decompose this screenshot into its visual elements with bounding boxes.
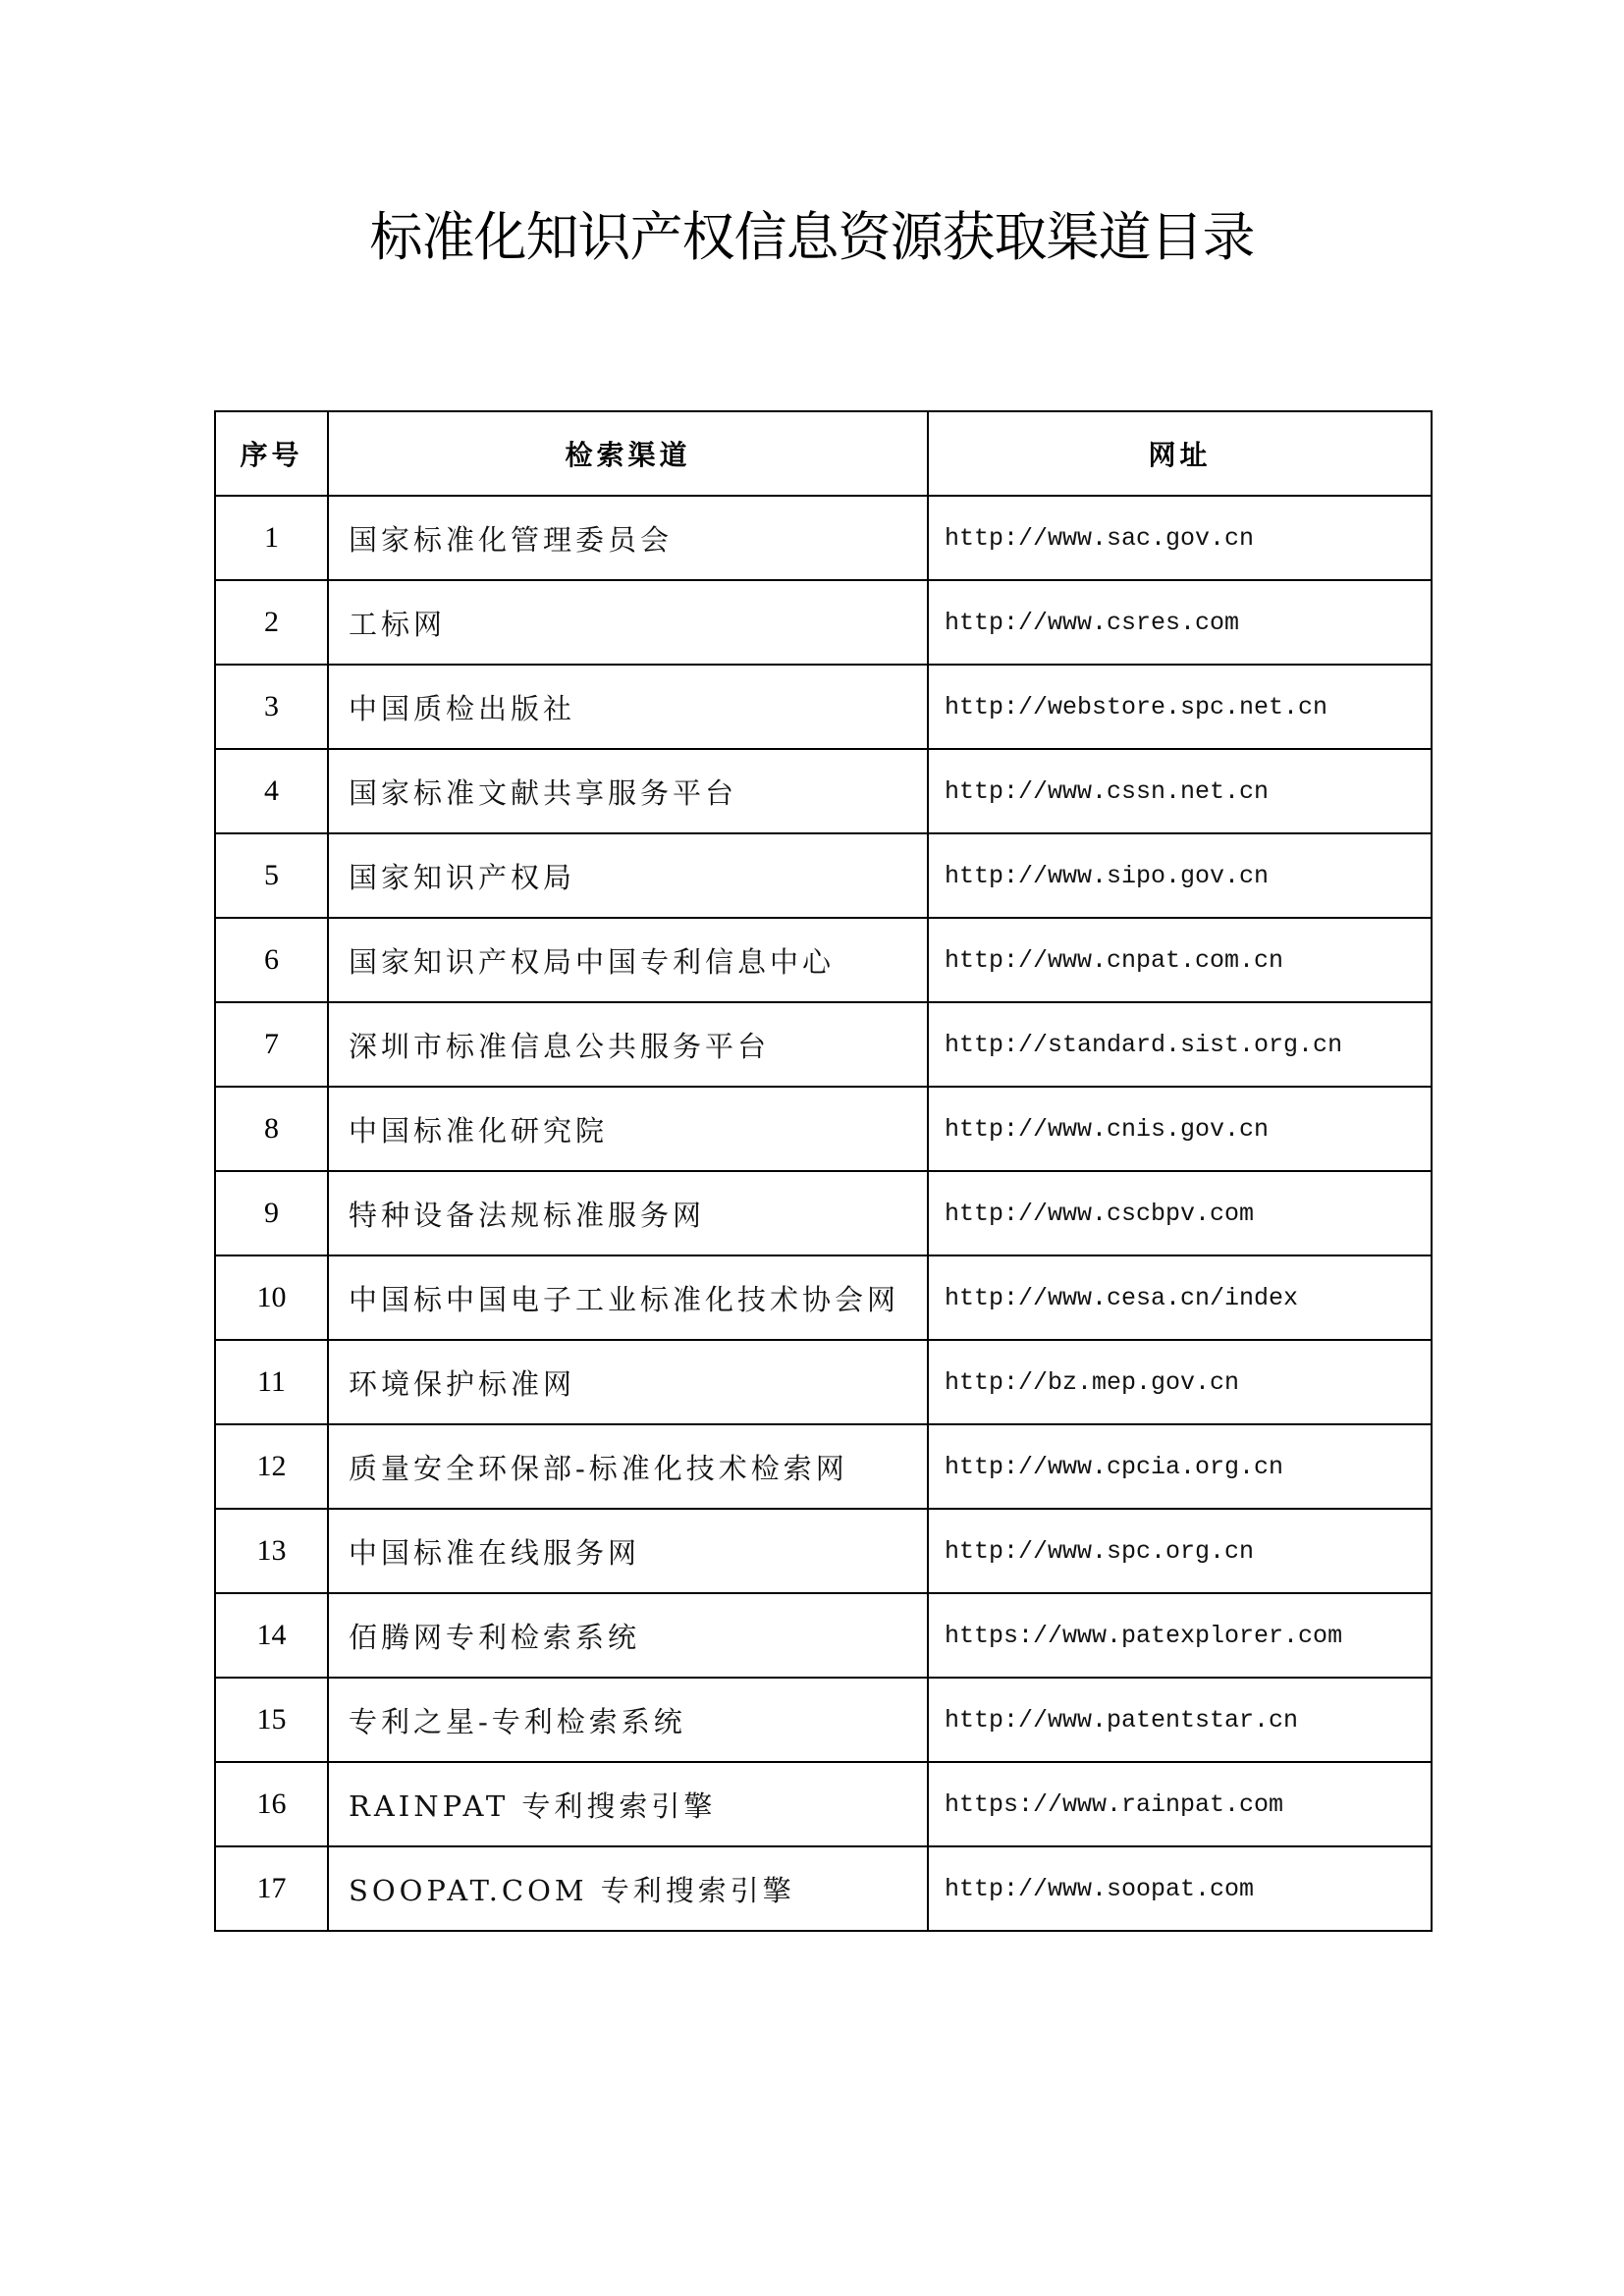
channel-name: 中国标准在线服务网 <box>328 1509 928 1593</box>
header-no: 序号 <box>215 411 328 496</box>
table-row: 8 中国标准化研究院 http://www.cnis.gov.cn <box>215 1087 1432 1171</box>
channel-url[interactable]: http://www.patentstar.cn <box>928 1678 1432 1762</box>
row-number: 9 <box>215 1171 328 1255</box>
table-row: 9 特种设备法规标准服务网 http://www.cscbpv.com <box>215 1171 1432 1255</box>
row-number: 11 <box>215 1340 328 1424</box>
channel-table: 序号 检索渠道 网址 1 国家标准化管理委员会 http://www.sac.g… <box>214 410 1433 1932</box>
channel-url[interactable]: http://www.cssn.net.cn <box>928 749 1432 833</box>
row-number: 17 <box>215 1846 328 1931</box>
table-row: 12 质量安全环保部-标准化技术检索网 http://www.cpcia.org… <box>215 1424 1432 1509</box>
table-row: 4 国家标准文献共享服务平台 http://www.cssn.net.cn <box>215 749 1432 833</box>
channel-url[interactable]: http://www.spc.org.cn <box>928 1509 1432 1593</box>
row-number: 2 <box>215 580 328 665</box>
row-number: 1 <box>215 496 328 580</box>
table-row: 7 深圳市标准信息公共服务平台 http://standard.sist.org… <box>215 1002 1432 1087</box>
row-number: 8 <box>215 1087 328 1171</box>
channel-url[interactable]: https://www.rainpat.com <box>928 1762 1432 1846</box>
channel-name: 国家标准文献共享服务平台 <box>328 749 928 833</box>
channel-url[interactable]: https://www.patexplorer.com <box>928 1593 1432 1678</box>
channel-url[interactable]: http://www.cnis.gov.cn <box>928 1087 1432 1171</box>
table-row: 6 国家知识产权局中国专利信息中心 http://www.cnpat.com.c… <box>215 918 1432 1002</box>
channel-url[interactable]: http://www.sac.gov.cn <box>928 496 1432 580</box>
table-row: 2 工标网 http://www.csres.com <box>215 580 1432 665</box>
channel-name: 国家知识产权局 <box>328 833 928 918</box>
channel-url[interactable]: http://www.cpcia.org.cn <box>928 1424 1432 1509</box>
table-row: 5 国家知识产权局 http://www.sipo.gov.cn <box>215 833 1432 918</box>
channel-name: 中国标中国电子工业标准化技术协会网 <box>328 1255 928 1340</box>
channel-url[interactable]: http://www.sipo.gov.cn <box>928 833 1432 918</box>
row-number: 3 <box>215 665 328 749</box>
channel-name: 中国质检出版社 <box>328 665 928 749</box>
channel-name: 工标网 <box>328 580 928 665</box>
row-number: 10 <box>215 1255 328 1340</box>
row-number: 15 <box>215 1678 328 1762</box>
channel-name: 专利之星-专利检索系统 <box>328 1678 928 1762</box>
table-row: 16 RAINPAT 专利搜索引擎 https://www.rainpat.co… <box>215 1762 1432 1846</box>
row-number: 5 <box>215 833 328 918</box>
page-title: 标准化知识产权信息资源获取渠道目录 <box>0 202 1624 273</box>
channel-url[interactable]: http://www.cscbpv.com <box>928 1171 1432 1255</box>
channel-url[interactable]: http://www.csres.com <box>928 580 1432 665</box>
channel-url[interactable]: http://www.cnpat.com.cn <box>928 918 1432 1002</box>
channel-name: 佰腾网专利检索系统 <box>328 1593 928 1678</box>
channel-name: 环境保护标准网 <box>328 1340 928 1424</box>
table-row: 1 国家标准化管理委员会 http://www.sac.gov.cn <box>215 496 1432 580</box>
channel-url[interactable]: http://www.cesa.cn/index <box>928 1255 1432 1340</box>
channel-name: RAINPAT 专利搜索引擎 <box>328 1762 928 1846</box>
row-number: 16 <box>215 1762 328 1846</box>
table-header-row: 序号 检索渠道 网址 <box>215 411 1432 496</box>
channel-name: 国家标准化管理委员会 <box>328 496 928 580</box>
row-number: 6 <box>215 918 328 1002</box>
channel-name: 深圳市标准信息公共服务平台 <box>328 1002 928 1087</box>
channel-url[interactable]: http://webstore.spc.net.cn <box>928 665 1432 749</box>
table-row: 15 专利之星-专利检索系统 http://www.patentstar.cn <box>215 1678 1432 1762</box>
table-row: 11 环境保护标准网 http://bz.mep.gov.cn <box>215 1340 1432 1424</box>
channel-name: 质量安全环保部-标准化技术检索网 <box>328 1424 928 1509</box>
channel-name: SOOPAT.COM 专利搜索引擎 <box>328 1846 928 1931</box>
table-row: 17 SOOPAT.COM 专利搜索引擎 http://www.soopat.c… <box>215 1846 1432 1931</box>
channel-name: 中国标准化研究院 <box>328 1087 928 1171</box>
table-row: 13 中国标准在线服务网 http://www.spc.org.cn <box>215 1509 1432 1593</box>
header-channel: 检索渠道 <box>328 411 928 496</box>
channel-name: 特种设备法规标准服务网 <box>328 1171 928 1255</box>
channel-name: 国家知识产权局中国专利信息中心 <box>328 918 928 1002</box>
row-number: 12 <box>215 1424 328 1509</box>
row-number: 4 <box>215 749 328 833</box>
row-number: 13 <box>215 1509 328 1593</box>
channel-url[interactable]: http://standard.sist.org.cn <box>928 1002 1432 1087</box>
table-row: 10 中国标中国电子工业标准化技术协会网 http://www.cesa.cn/… <box>215 1255 1432 1340</box>
row-number: 14 <box>215 1593 328 1678</box>
table-row: 14 佰腾网专利检索系统 https://www.patexplorer.com <box>215 1593 1432 1678</box>
table-row: 3 中国质检出版社 http://webstore.spc.net.cn <box>215 665 1432 749</box>
channel-table-container: 序号 检索渠道 网址 1 国家标准化管理委员会 http://www.sac.g… <box>214 410 1433 1932</box>
channel-url[interactable]: http://www.soopat.com <box>928 1846 1432 1931</box>
row-number: 7 <box>215 1002 328 1087</box>
table-body: 1 国家标准化管理委员会 http://www.sac.gov.cn 2 工标网… <box>215 496 1432 1931</box>
header-url: 网址 <box>928 411 1432 496</box>
channel-url[interactable]: http://bz.mep.gov.cn <box>928 1340 1432 1424</box>
